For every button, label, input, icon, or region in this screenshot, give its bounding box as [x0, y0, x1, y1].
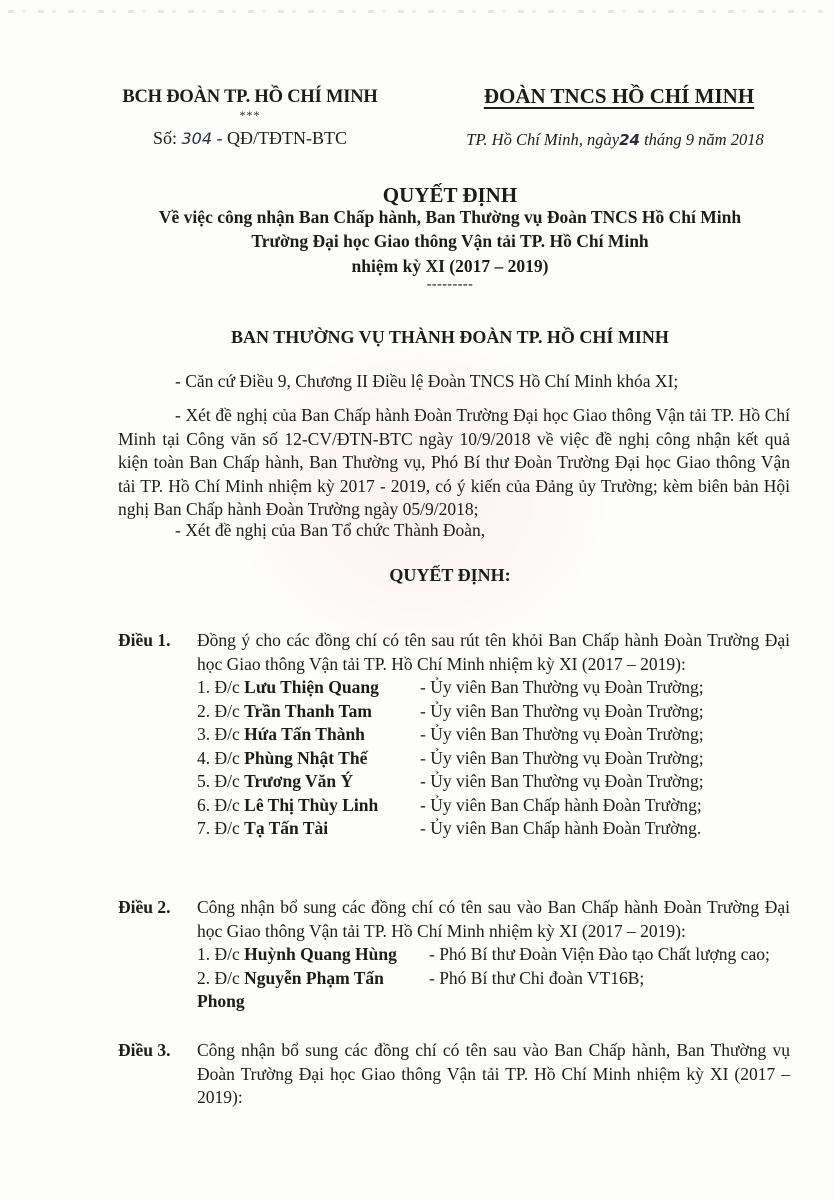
- member-name: Lưu Thiện Quang: [244, 677, 379, 697]
- member-name-cell: 2. Đ/c Trần Thanh Tam: [197, 700, 420, 724]
- member-name: Trương Văn Ý: [244, 771, 353, 791]
- member-role: - Ủy viên Ban Thường vụ Đoàn Trường;: [420, 676, 790, 700]
- member-row: 1. Đ/c Lưu Thiện Quang- Ủy viên Ban Thườ…: [197, 676, 790, 700]
- member-prefix: 6. Đ/c: [197, 795, 244, 815]
- article-1: Điều 1. Đồng ý cho các đồng chí có tên s…: [118, 629, 790, 841]
- preamble-proposal: - Xét đề nghị của Ban Chấp hành Đoàn Trư…: [118, 404, 790, 522]
- member-row: 7. Đ/c Tạ Tấn Tài- Ủy viên Ban Chấp hành…: [197, 817, 790, 841]
- issuing-authority: BAN THƯỜNG VỤ THÀNH ĐOÀN TP. HỒ CHÍ MINH: [100, 327, 800, 348]
- member-name-cell: 3. Đ/c Hứa Tấn Thành: [197, 723, 420, 747]
- article-label: Điều 2.: [118, 896, 171, 920]
- member-name-cell: 6. Đ/c Lê Thị Thùy Linh: [197, 794, 420, 818]
- title-subject-line-1: Về việc công nhận Ban Chấp hành, Ban Thư…: [100, 207, 800, 228]
- member-role: - Ủy viên Ban Thường vụ Đoàn Trường;: [420, 747, 790, 771]
- member-name: Phùng Nhật Thế: [244, 748, 367, 768]
- member-name-cell: 1. Đ/c Lưu Thiện Quang: [197, 676, 420, 700]
- document-number-prefix: Số:: [153, 128, 182, 148]
- decision-heading: QUYẾT ĐỊNH:: [100, 565, 800, 586]
- article-text: Công nhận bổ sung các đồng chí có tên sa…: [197, 896, 790, 943]
- member-name-cell: 2. Đ/c Nguyễn Phạm Tấn Phong: [197, 967, 429, 1014]
- member-row: 2. Đ/c Nguyễn Phạm Tấn Phong- Phó Bí thư…: [197, 967, 790, 1014]
- member-prefix: 7. Đ/c: [197, 818, 244, 838]
- article-label: Điều 1.: [118, 629, 171, 653]
- member-name-cell: 1. Đ/c Huỳnh Quang Hùng: [197, 943, 429, 967]
- member-name: Tạ Tấn Tài: [244, 818, 328, 838]
- member-prefix: 5. Đ/c: [197, 771, 244, 791]
- member-prefix: 1. Đ/c: [197, 677, 244, 697]
- member-row: 3. Đ/c Hứa Tấn Thành- Ủy viên Ban Thường…: [197, 723, 790, 747]
- document-number: Số: 304 - QĐ/TĐTN-BTC: [120, 128, 380, 149]
- member-role: - Ủy viên Ban Thường vụ Đoàn Trường;: [420, 723, 790, 747]
- title-separator: ---------: [100, 277, 800, 293]
- document-number-suffix: - QĐ/TĐTN-BTC: [212, 128, 347, 148]
- member-row: 5. Đ/c Trương Văn Ý- Ủy viên Ban Thường …: [197, 770, 790, 794]
- article-label: Điều 3.: [118, 1039, 171, 1063]
- title-subject-line-2: Trường Đại học Giao thông Vận tải TP. Hồ…: [100, 231, 800, 252]
- member-row: 6. Đ/c Lê Thị Thùy Linh- Ủy viên Ban Chấ…: [197, 794, 790, 818]
- member-row: 2. Đ/c Trần Thanh Tam- Ủy viên Ban Thườn…: [197, 700, 790, 724]
- member-name: Trần Thanh Tam: [244, 701, 372, 721]
- member-list: 1. Đ/c Lưu Thiện Quang- Ủy viên Ban Thườ…: [197, 676, 790, 841]
- member-prefix: 2. Đ/c: [197, 701, 244, 721]
- member-name-cell: 7. Đ/c Tạ Tấn Tài: [197, 817, 420, 841]
- member-name: Lê Thị Thùy Linh: [244, 795, 378, 815]
- article-text: Công nhận bổ sung các đồng chí có tên sa…: [197, 1039, 790, 1110]
- document-title: QUYẾT ĐỊNH: [100, 183, 800, 208]
- scan-artifact-line: [8, 10, 823, 13]
- member-role: - Phó Bí thư Đoàn Viện Đào tạo Chất lượn…: [429, 943, 790, 967]
- member-role: - Ủy viên Ban Chấp hành Đoàn Trường.: [420, 817, 790, 841]
- preamble-basis: - Căn cứ Điều 9, Chương II Điều lệ Đoàn …: [118, 370, 790, 394]
- date-suffix: tháng 9 năm 2018: [640, 130, 764, 149]
- member-name: Huỳnh Quang Hùng: [244, 944, 397, 964]
- member-prefix: 3. Đ/c: [197, 724, 244, 744]
- member-prefix: 2. Đ/c: [197, 968, 244, 988]
- issuing-body-left: BCH ĐOÀN TP. HỒ CHÍ MINH: [120, 87, 380, 108]
- document-date: TP. Hồ Chí Minh, ngày24 tháng 9 năm 2018: [440, 130, 790, 150]
- member-prefix: 1. Đ/c: [197, 944, 244, 964]
- member-name-cell: 5. Đ/c Trương Văn Ý: [197, 770, 420, 794]
- title-subject-line-3: nhiệm kỳ XI (2017 – 2019): [100, 256, 800, 277]
- member-row: 4. Đ/c Phùng Nhật Thế- Ủy viên Ban Thườn…: [197, 747, 790, 771]
- header-stars: ***: [120, 108, 380, 123]
- member-role: - Ủy viên Ban Thường vụ Đoàn Trường;: [420, 700, 790, 724]
- member-name-cell: 4. Đ/c Phùng Nhật Thế: [197, 747, 420, 771]
- article-text: Đồng ý cho các đồng chí có tên sau rút t…: [197, 629, 790, 676]
- member-role: - Ủy viên Ban Chấp hành Đoàn Trường;: [420, 794, 790, 818]
- organization-right: ĐOÀN TNCS HỒ CHÍ MINH: [448, 84, 790, 109]
- preamble-organization-proposal: - Xét đề nghị của Ban Tổ chức Thành Đoàn…: [118, 519, 790, 543]
- member-list: 1. Đ/c Huỳnh Quang Hùng- Phó Bí thư Đoàn…: [197, 943, 790, 1014]
- member-name: Hứa Tấn Thành: [244, 724, 365, 744]
- member-row: 1. Đ/c Huỳnh Quang Hùng- Phó Bí thư Đoàn…: [197, 943, 790, 967]
- article-3: Điều 3. Công nhận bổ sung các đồng chí c…: [118, 1039, 790, 1110]
- date-day-handwritten: 24: [619, 131, 640, 149]
- date-prefix: TP. Hồ Chí Minh, ngày: [466, 130, 619, 149]
- member-prefix: 4. Đ/c: [197, 748, 244, 768]
- article-2: Điều 2. Công nhận bổ sung các đồng chí c…: [118, 896, 790, 1014]
- member-role: - Phó Bí thư Chi đoàn VT16B;: [429, 967, 790, 1014]
- member-role: - Ủy viên Ban Thường vụ Đoàn Trường;: [420, 770, 790, 794]
- document-number-handwritten: 304: [181, 129, 212, 148]
